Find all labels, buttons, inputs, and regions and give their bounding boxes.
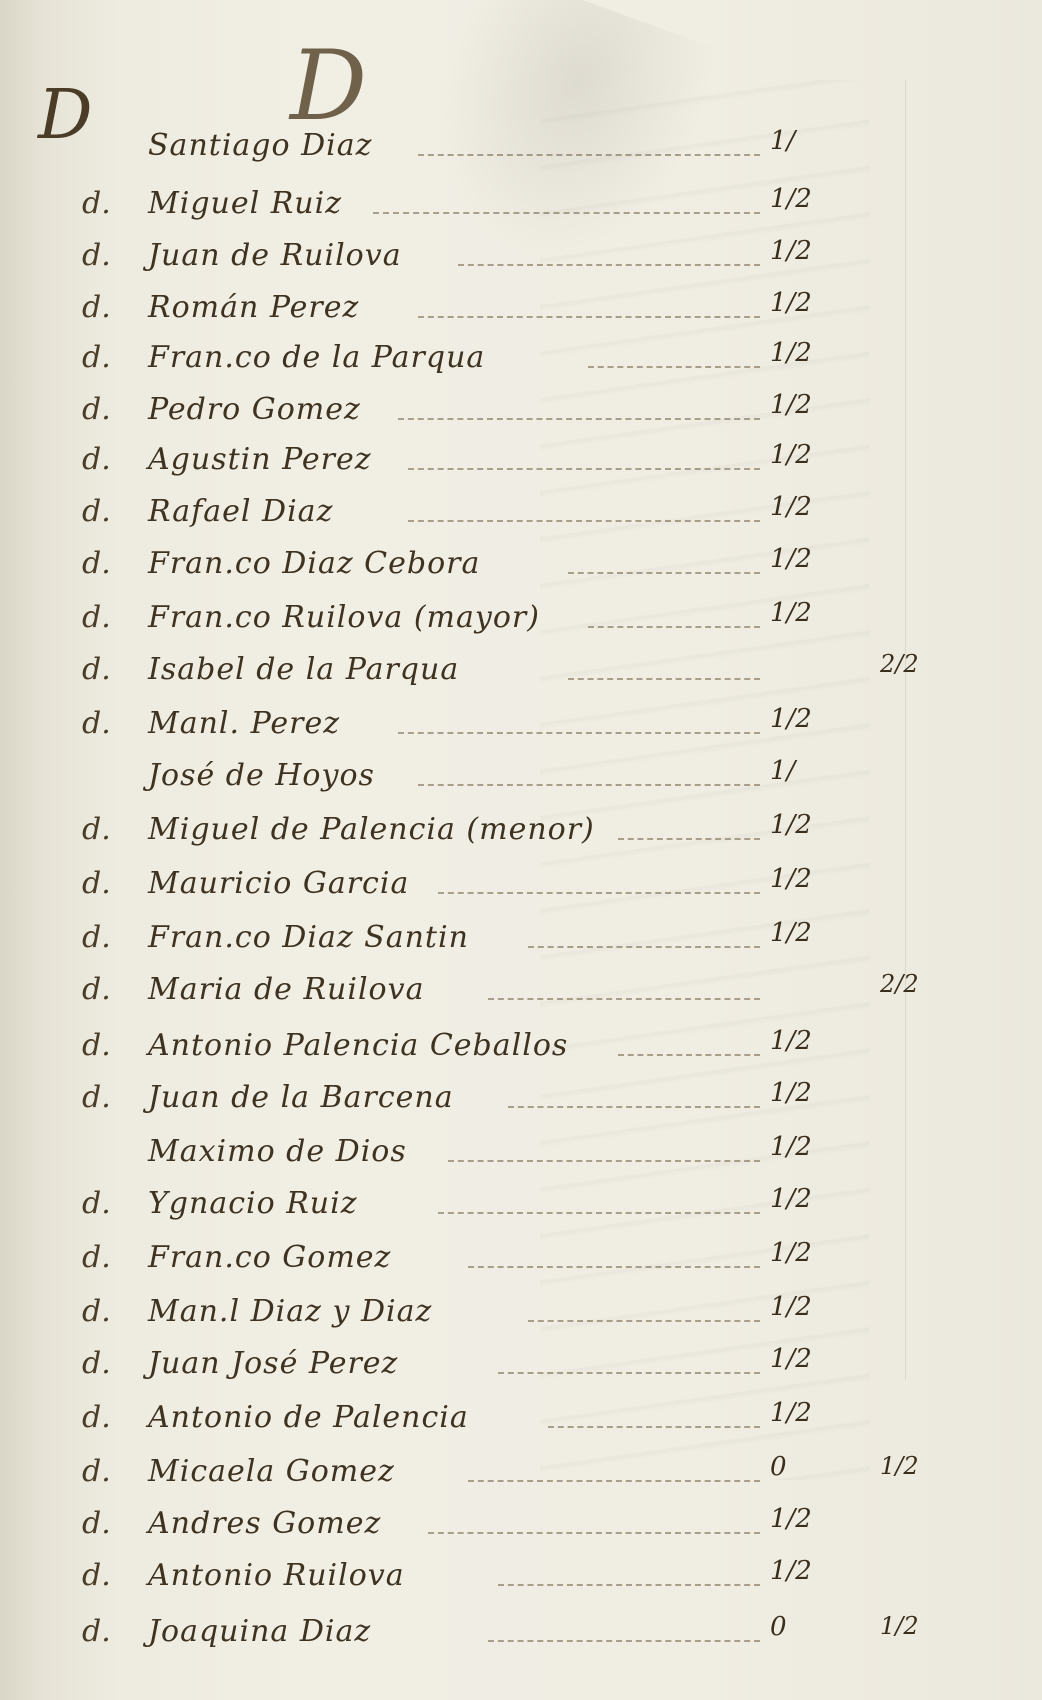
list-item: d.Juan José Perez1/2 [0,1336,1042,1392]
list-item: d.Man.l Diaz y Diaz1/2 [0,1284,1042,1340]
amount-value: 1/2 [770,1556,812,1586]
list-item: d.Fran.co Diaz Santin1/2 [0,910,1042,966]
list-item: d.Miguel Ruiz1/2 [0,176,1042,232]
list-item: d.Fran.co Ruilova (mayor)1/2 [0,590,1042,646]
leader-dashes [438,1212,760,1215]
ditto-mark: d. [82,238,111,273]
amount-value: 1/2 [770,544,812,574]
person-name: Fran.co Diaz Cebora [148,546,480,581]
list-item: Maximo de Dios1/2 [0,1124,1042,1180]
ditto-mark: d. [82,1186,111,1221]
person-name: Antonio Ruilova [148,1558,405,1593]
person-name: Andres Gomez [148,1506,381,1541]
leader-dashes [508,1106,760,1109]
list-item: d.Fran.co Diaz Cebora1/2 [0,536,1042,592]
leader-dashes [398,732,760,735]
list-item: d.Mauricio Garcia1/2 [0,856,1042,912]
manuscript-page: D D Santiago Diaz1/d.Miguel Ruiz1/2d.Jua… [0,0,1042,1700]
leader-dashes [418,316,760,319]
leader-dashes [468,1480,760,1483]
person-name: Fran.co Diaz Santin [148,920,469,955]
person-name: Miguel Ruiz [148,186,342,221]
leader-dashes [408,520,760,523]
leader-dashes [468,1266,760,1269]
person-name: Fran.co Gomez [148,1240,391,1275]
leader-dashes [458,264,760,267]
ditto-mark: d. [82,442,111,477]
leader-dashes [428,1532,760,1535]
ditto-mark: d. [82,1080,111,1115]
list-item: d.Manl. Perez1/2 [0,696,1042,752]
amount-value: 1/2 [770,338,812,368]
leader-dashes [498,1584,760,1587]
amount-value: 1/2 [770,1132,812,1162]
leader-dashes [568,678,760,681]
leader-dashes [438,892,760,895]
amount-value: 1/2 [770,810,812,840]
leader-dashes [373,212,760,215]
ditto-mark: d. [82,652,111,687]
amount-value: 0 [770,1612,787,1642]
amount-value-secondary: 1/2 [880,1452,919,1480]
list-item: d.Andres Gomez1/2 [0,1496,1042,1552]
list-item: d.Fran.co de la Parqua1/2 [0,330,1042,386]
person-name: Santiago Diaz [148,128,372,163]
leader-dashes [568,572,760,575]
leader-dashes [488,1640,760,1643]
amount-value: 1/2 [770,1504,812,1534]
amount-value-secondary: 1/2 [880,1612,919,1640]
person-name: Juan de Ruilova [148,238,402,273]
list-item: d.Joaquina Diaz01/2 [0,1604,1042,1660]
ditto-mark: d. [82,546,111,581]
leader-dashes [618,838,760,841]
list-item: d.Micaela Gomez01/2 [0,1444,1042,1500]
list-item: d.Antonio Palencia Ceballos1/2 [0,1018,1042,1074]
list-item: d.Isabel de la Parqua2/2 [0,642,1042,698]
leader-dashes [588,366,760,369]
person-name: Isabel de la Parqua [148,652,459,687]
leader-dashes [418,154,760,157]
person-name: Man.l Diaz y Diaz [148,1294,432,1329]
ditto-mark: d. [82,1558,111,1593]
list-item: d.Fran.co Gomez1/2 [0,1230,1042,1286]
leader-dashes [528,1320,760,1323]
leader-dashes [408,468,760,471]
ditto-mark: d. [82,1294,111,1329]
person-name: Maximo de Dios [148,1134,407,1169]
leader-dashes [418,784,760,787]
ditto-mark: d. [82,866,111,901]
amount-value: 1/ [770,756,795,786]
amount-value: 1/2 [770,1292,812,1322]
ditto-mark: d. [82,392,111,427]
person-name: Agustin Perez [148,442,372,477]
amount-value: 1/2 [770,288,812,318]
amount-value: 1/2 [770,598,812,628]
person-name: Rafael Diaz [148,494,333,529]
person-name: Micaela Gomez [148,1454,395,1489]
ditto-mark: d. [82,290,111,325]
amount-value: 1/2 [770,1078,812,1108]
list-item: d.Ygnacio Ruiz1/2 [0,1176,1042,1232]
amount-value: 1/2 [770,864,812,894]
leader-dashes [448,1160,760,1163]
amount-value: 1/2 [770,492,812,522]
list-item: d.Pedro Gomez1/2 [0,382,1042,438]
ditto-mark: d. [82,1346,111,1381]
person-name: Pedro Gomez [148,392,361,427]
amount-value: 0 [770,1452,787,1482]
person-name: Ygnacio Ruiz [148,1186,358,1221]
leader-dashes [488,998,760,1001]
list-item: d.Maria de Ruilova2/2 [0,962,1042,1018]
ditto-mark: d. [82,706,111,741]
leader-dashes [398,418,760,421]
amount-value: 1/2 [770,440,812,470]
person-name: Fran.co Ruilova (mayor) [148,600,540,635]
person-name: Antonio de Palencia [148,1400,469,1435]
ditto-mark: d. [82,1614,111,1649]
list-item: Santiago Diaz1/ [0,118,1042,174]
person-name: Manl. Perez [148,706,340,741]
list-item: José de Hoyos1/ [0,748,1042,804]
amount-value: 1/2 [770,184,812,214]
person-name: Fran.co de la Parqua [148,340,485,375]
amount-value: 1/2 [770,1344,812,1374]
ditto-mark: d. [82,1240,111,1275]
leader-dashes [618,1054,760,1057]
person-name: Antonio Palencia Ceballos [148,1028,568,1063]
amount-value: 1/2 [770,1184,812,1214]
list-item: d.Antonio de Palencia1/2 [0,1390,1042,1446]
ditto-mark: d. [82,600,111,635]
list-item: d.Román Perez1/2 [0,280,1042,336]
ditto-mark: d. [82,972,111,1007]
amount-value: 1/2 [770,236,812,266]
person-name: Juan de la Barcena [148,1080,454,1115]
list-item: d.Miguel de Palencia (menor)1/2 [0,802,1042,858]
ditto-mark: d. [82,340,111,375]
amount-value: 1/2 [770,390,812,420]
list-item: d.Juan de Ruilova1/2 [0,228,1042,284]
person-name: Román Perez [148,290,359,325]
person-name: Juan José Perez [148,1346,398,1381]
ditto-mark: d. [82,812,111,847]
ditto-mark: d. [82,1400,111,1435]
person-name: José de Hoyos [148,758,375,793]
person-name: Maria de Ruilova [148,972,424,1007]
amount-value: 1/2 [770,704,812,734]
amount-value-secondary: 2/2 [880,970,919,998]
amount-value-secondary: 2/2 [880,650,919,678]
leader-dashes [588,626,760,629]
person-name: Miguel de Palencia (menor) [148,812,595,847]
ditto-mark: d. [82,1506,111,1541]
list-item: d.Agustin Perez1/2 [0,432,1042,488]
person-name: Joaquina Diaz [148,1614,371,1649]
leader-dashes [528,946,760,949]
person-name: Mauricio Garcia [148,866,409,901]
list-item: d.Antonio Ruilova1/2 [0,1548,1042,1604]
amount-value: 1/2 [770,1238,812,1268]
leader-dashes [548,1426,760,1429]
amount-value: 1/2 [770,918,812,948]
ditto-mark: d. [82,920,111,955]
list-item: d.Rafael Diaz1/2 [0,484,1042,540]
ditto-mark: d. [82,1028,111,1063]
amount-value: 1/2 [770,1026,812,1056]
amount-value: 1/2 [770,1398,812,1428]
ditto-mark: d. [82,186,111,221]
leader-dashes [498,1372,760,1375]
list-item: d.Juan de la Barcena1/2 [0,1070,1042,1126]
amount-value: 1/ [770,126,795,156]
ditto-mark: d. [82,1454,111,1489]
ditto-mark: d. [82,494,111,529]
